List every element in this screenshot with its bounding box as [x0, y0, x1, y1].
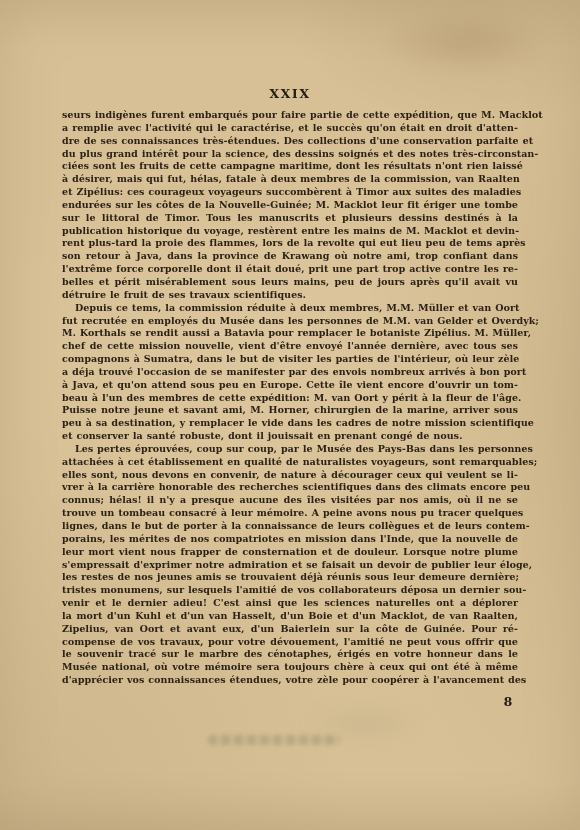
text-line: sur le littoral de Timor. Tous les manus…: [62, 213, 518, 226]
text-line: d'apprécier vos connaissances étendues, …: [62, 675, 518, 688]
text-line: peu à sa destination, y remplacer le vid…: [62, 418, 518, 431]
text-line: Zipelius, van Oort et avant eux, d'un Ba…: [62, 624, 518, 637]
text-line: porains, les mérites de nos compatriotes…: [62, 534, 518, 547]
text-line: M. Korthals se rendit aussi a Batavia po…: [62, 328, 518, 341]
text-line: a déja trouvé l'occasion de se manifeste…: [62, 367, 518, 380]
text-line: a remplie avec l'activité qui le caracté…: [62, 123, 518, 136]
text-line: elles sont, nous devons en convenir, de …: [62, 470, 518, 483]
folio-heading: XXIX: [62, 86, 518, 101]
text-line: à désirer, mais qui fut, hélas, fatale à…: [62, 174, 518, 187]
text-line: l'extrême force corporelle dont il était…: [62, 264, 518, 277]
text-line: publication historique du voyage, restèr…: [62, 226, 518, 239]
paper-stain: [380, 14, 550, 76]
text-line: s'empressait d'exprimer notre admiration…: [62, 560, 518, 573]
text-line: compagnons à Sumatra, dans le but de vis…: [62, 354, 518, 367]
paragraph: Les pertes éprouvées, coup sur coup, par…: [62, 444, 518, 688]
text-line: Puisse notre jeune et savant ami, M. Hor…: [62, 405, 518, 418]
text-line: venir et le dernier adieu! C'est ainsi q…: [62, 598, 518, 611]
text-line: connus; hélas! il n'y a presque aucune d…: [62, 495, 518, 508]
text-line: rent plus-tard la proie des flammes, lor…: [62, 238, 518, 251]
text-line: beau à l'un des membres de cette expédit…: [62, 393, 518, 406]
text-line: vrer à la carrière honorable des recherc…: [62, 482, 518, 495]
text-line: et Zipélius: ces courageux voyageurs suc…: [62, 187, 518, 200]
text-line: Les pertes éprouvées, coup sur coup, par…: [62, 444, 518, 457]
ink-bleed-through-text-smudge: [208, 735, 340, 745]
text-line: du plus grand intérêt pour la science, d…: [62, 149, 518, 162]
text-line: trouve un tombeau consacré à leur mémoir…: [62, 508, 518, 521]
text-line: attachées à cet établissement en qualité…: [62, 457, 518, 470]
text-line: Musée national, où votre mémoire sera to…: [62, 662, 518, 675]
text-line: fut recrutée en employés du Musée dans l…: [62, 316, 518, 329]
text-line: lignes, dans le but de porter à la conna…: [62, 521, 518, 534]
page-number: 8: [496, 694, 520, 709]
scanned-book-page: XXIX seurs indigènes furent embarqués po…: [0, 0, 580, 830]
text-line: les restes de nos jeunes amis se trouvai…: [62, 572, 518, 585]
text-line: seurs indigènes furent embarqués pour fa…: [62, 110, 518, 123]
text-line: chef de cette mission nouvelle, vient d'…: [62, 341, 518, 354]
text-line: leur mort vient nous frapper de constern…: [62, 547, 518, 560]
text-line: et conserver la santé robuste, dont il j…: [62, 431, 518, 444]
text-line: tristes monumens, sur lesquels l'amitié …: [62, 585, 518, 598]
text-line: son retour à Java, dans la province de K…: [62, 251, 518, 264]
text-line: endurées sur les côtes de la Nouvelle-Gu…: [62, 200, 518, 213]
paragraph: seurs indigènes furent embarqués pour fa…: [62, 110, 518, 303]
text-line: compense de vos travaux, pour votre dévo…: [62, 637, 518, 650]
text-line: Depuis ce tems, la commission réduite à …: [62, 303, 518, 316]
text-line: la mort d'un Kuhl et d'un van Hasselt, d…: [62, 611, 518, 624]
text-line: détruire le fruit de ses travaux scienti…: [62, 290, 518, 303]
ink-bleed-through-patch: [300, 700, 430, 746]
paragraph: Depuis ce tems, la commission réduite à …: [62, 303, 518, 444]
text-line: ciées sont les fruits de cette campagne …: [62, 161, 518, 174]
text-line: dre de ses connaissances très-étendues. …: [62, 136, 518, 149]
text-block: seurs indigènes furent embarqués pour fa…: [62, 110, 518, 688]
text-line: belles et périt misérablement sous leurs…: [62, 277, 518, 290]
text-line: à Java, et qu'on attend sous peu en Euro…: [62, 380, 518, 393]
text-line: le souvenir tracé sur le marbre des céno…: [62, 649, 518, 662]
